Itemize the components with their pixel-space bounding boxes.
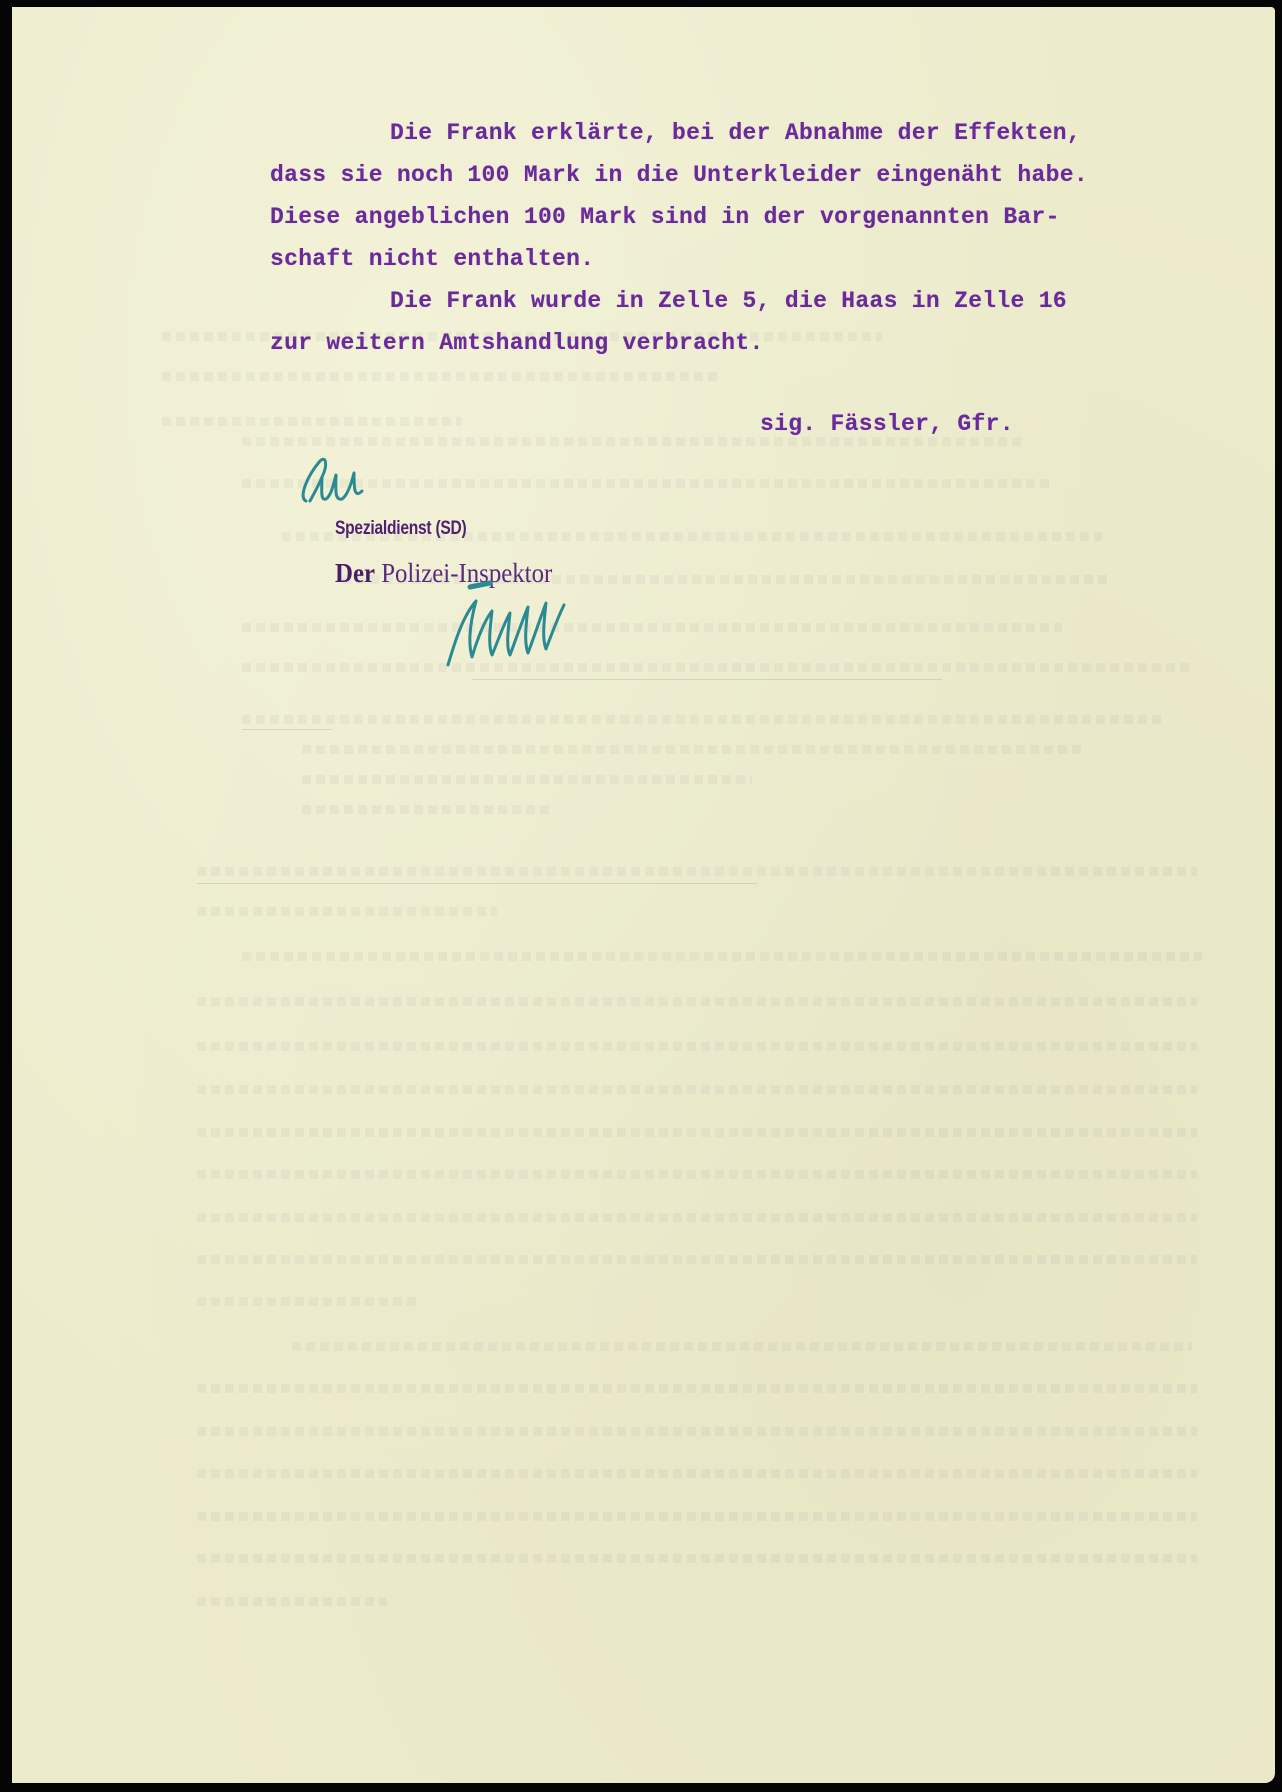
document-page: Die Frank erklärte, bei der Abnahme der … [12,7,1275,1783]
stamp-title-prefix: Der [335,558,375,588]
body-line-2: dass sie noch 100 Mark in die Unterkleid… [270,161,1088,189]
handwritten-initials [292,447,372,517]
body-line-6: zur weitern Amtshandlung verbracht. [270,329,764,357]
typed-signature: sig. Fässler, Gfr. [760,411,1014,437]
handwritten-signature [430,577,590,677]
stamp-unit: Spezialdienst (SD) [335,518,466,540]
body-line-3: Diese angeblichen 100 Mark sind in der v… [270,203,1060,231]
body-line-4: schaft nicht enthalten. [270,245,594,273]
body-line-5: Die Frank wurde in Zelle 5, die Haas in … [390,287,1067,315]
report-body: Die Frank erklärte, bei der Abnahme der … [12,7,68,215]
body-line-1: Die Frank erklärte, bei der Abnahme der … [390,119,1081,147]
